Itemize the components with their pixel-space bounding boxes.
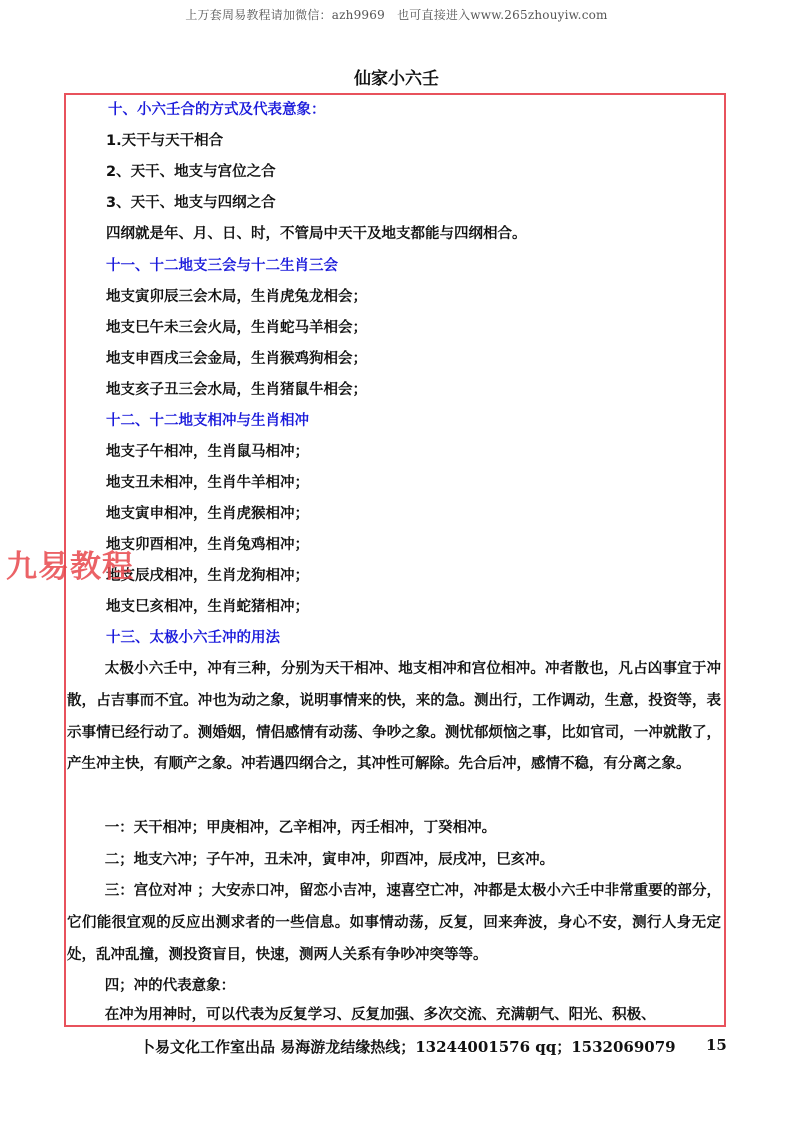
list-item: 2、天干、地支与宫位之合 <box>106 160 276 181</box>
page-number: 15 <box>706 1036 727 1054</box>
list-item: 3、天干、地支与四纲之合 <box>106 191 276 212</box>
watermark: 九易教程 <box>6 541 134 586</box>
list-item: 地支丑未相冲，生肖牛羊相冲； <box>106 471 309 492</box>
list-item: 地支寅卯辰三会木局，生肖虎兔龙相会； <box>106 285 367 306</box>
paragraph: 四纲就是年、月、日、时，不管局中天干及地支都能与四纲相合。 <box>106 222 527 243</box>
top-banner: 上万套周易教程请加微信：azh9969 也可直接进入www.265zhouyiw… <box>0 6 793 23</box>
list-item: 地支巳午未三会火局，生肖蛇马羊相会； <box>106 316 367 337</box>
section-heading-12: 十二、十二地支相冲与生肖相冲 <box>106 409 309 430</box>
list-item: 地支卯酉相冲，生肖兔鸡相冲； <box>106 533 309 554</box>
paragraph-point-5: 在冲为用神时，可以代表为反复学习、反复加强、多次交流、充满朝气、阳光、积极、 <box>67 1000 721 1032</box>
list-item: 地支子午相冲，生肖鼠马相冲； <box>106 440 309 461</box>
list-item: 地支亥子丑三会水局，生肖猪鼠牛相会； <box>106 378 367 399</box>
paragraph-point-1: 一：天干相冲；甲庚相冲，乙辛相冲，丙壬相冲，丁癸相冲。 <box>67 813 721 845</box>
list-item: 地支巳亥相冲，生肖蛇猪相冲； <box>106 595 309 616</box>
list-item: 地支申酉戌三会金局，生肖猴鸡狗相会； <box>106 347 367 368</box>
list-item: 地支寅申相冲，生肖虎猴相冲； <box>106 502 309 523</box>
section-heading-10: 十、小六壬合的方式及代表意象： <box>108 98 326 119</box>
paragraph-intro: 太极小六壬中，冲有三种，分别为天干相冲、地支相冲和宫位相冲。冲者散也，凡占凶事宜… <box>67 654 721 781</box>
list-item: 1.天干与天干相合 <box>106 129 223 150</box>
list-item: 地支辰戌相冲，生肖龙狗相冲； <box>106 564 309 585</box>
page-title: 仙家小六壬 <box>0 64 793 89</box>
paragraph-point-3: 三：宫位对冲 ；大安赤口冲，留恋小吉冲，速喜空亡冲，冲都是太极小六壬中非常重要的… <box>67 876 721 971</box>
paragraph-point-2: 二；地支六冲；子午冲，丑未冲，寅申冲，卯酉冲，辰戌冲，巳亥冲。 <box>67 845 721 877</box>
section-heading-13: 十三、太极小六壬冲的用法 <box>106 626 280 647</box>
footer-text: 卜易文化工作室出品 易海游龙结缘热线；13244001576 qq；153206… <box>140 1036 676 1057</box>
paragraph-point-4: 四；冲的代表意象： <box>67 971 721 1003</box>
section-heading-11: 十一、十二地支三会与十二生肖三会 <box>106 254 338 275</box>
